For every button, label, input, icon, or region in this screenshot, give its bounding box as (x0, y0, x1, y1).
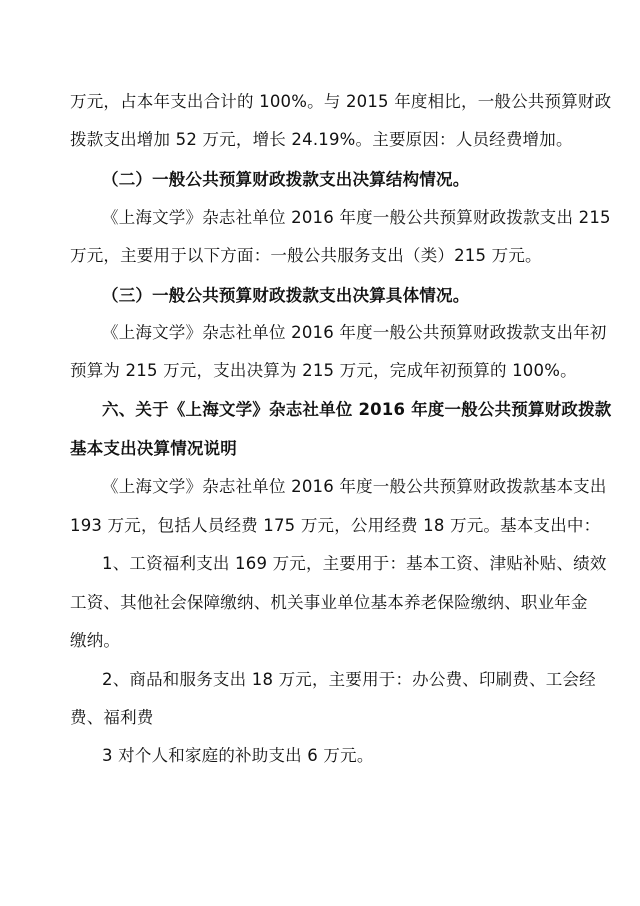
list-item-3: 3 对个人和家庭的补助支出 6 万元。 (102, 746, 612, 766)
paragraph-line: 《上海文学》杂志社单位 2016 年度一般公共预算财政拨款支出 215 (102, 208, 612, 228)
list-item-1: 1、工资福利支出 169 万元，主要用于：基本工资、津贴补贴、绩效 (102, 554, 612, 574)
paragraph-line: 预算为 215 万元，支出决算为 215 万元，完成年初预算的 100%。 (70, 361, 580, 381)
list-item-2: 2、商品和服务支出 18 万元，主要用于：办公费、印刷费、工会经 (102, 670, 612, 690)
paragraph-line: 万元，主要用于以下方面：一般公共服务支出（类）215 万元。 (70, 246, 580, 266)
section-heading-6: 六、关于《上海文学》杂志社单位 2016 年度一般公共预算财政拨款 (102, 400, 612, 420)
paragraph-line: 《上海文学》杂志社单位 2016 年度一般公共预算财政拨款支出年初 (102, 323, 612, 343)
paragraph-line: 193 万元，包括人员经费 175 万元，公用经费 18 万元。基本支出中： (70, 516, 580, 536)
section-heading-6-cont: 基本支出决算情况说明 (70, 439, 580, 459)
paragraph-line: 拨款支出增加 52 万元，增长 24.19%。主要原因：人员经费增加。 (70, 130, 580, 150)
subsection-heading-3: （三）一般公共预算财政拨款支出决算具体情况。 (102, 286, 612, 306)
paragraph-line: 《上海文学》杂志社单位 2016 年度一般公共预算财政拨款基本支出 (102, 477, 612, 497)
paragraph-line: 缴纳。 (70, 631, 580, 651)
paragraph-line: 万元，占本年支出合计的 100%。与 2015 年度相比，一般公共预算财政 (70, 92, 580, 112)
paragraph-line: 费、福利费 (70, 708, 580, 728)
paragraph-line: 工资、其他社会保障缴纳、机关事业单位基本养老保险缴纳、职业年金 (70, 593, 580, 613)
subsection-heading-2: （二）一般公共预算财政拨款支出决算结构情况。 (102, 170, 612, 190)
